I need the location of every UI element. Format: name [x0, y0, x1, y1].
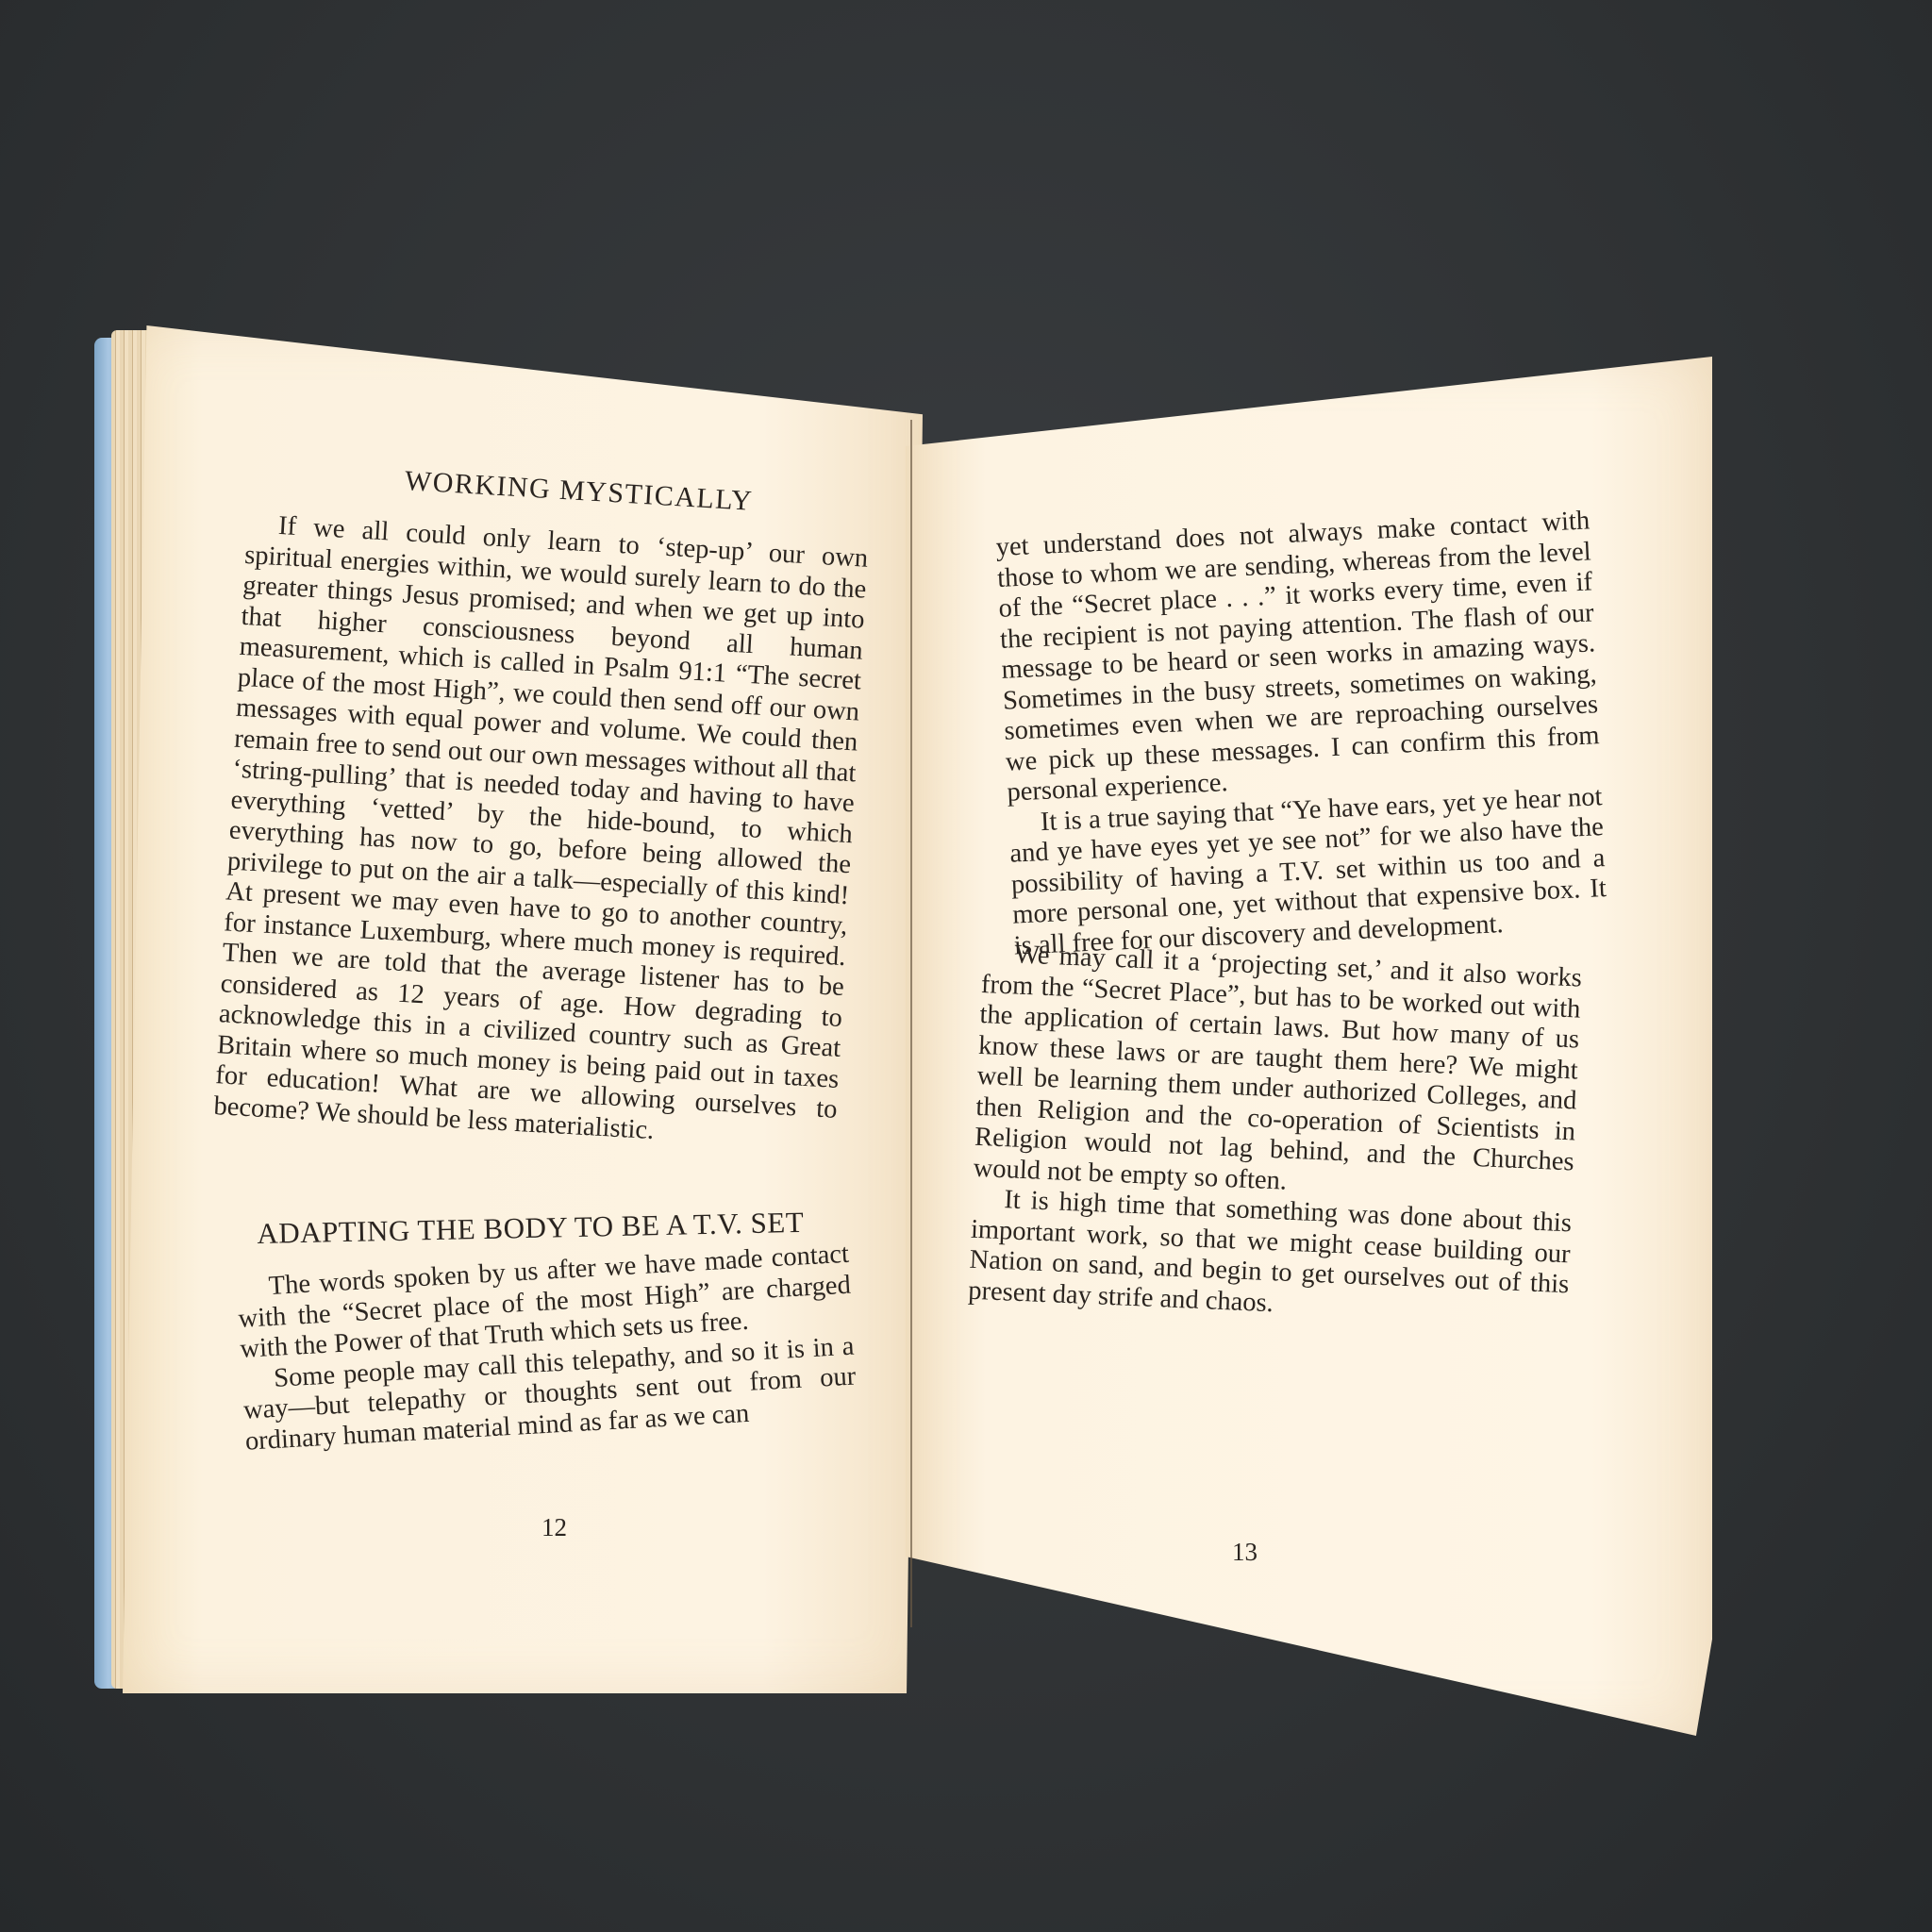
left-page-body-2: The words spoken by us after we have mad…	[236, 1240, 858, 1457]
page-number-left: 12	[541, 1513, 567, 1542]
paragraph: It is a true saying that “Ye have ears, …	[1008, 782, 1608, 962]
left-page-body: If we all could only learn to ‘step-up’ …	[213, 509, 869, 1157]
page-number-right: 13	[1232, 1538, 1257, 1567]
paragraph: We may call it a ‘projecting set,’ and i…	[973, 939, 1582, 1208]
paragraph: If we all could only learn to ‘step-up’ …	[213, 509, 869, 1157]
paragraph: yet understand does not always make cont…	[995, 506, 1602, 808]
paragraph: It is high time that something was done …	[968, 1184, 1573, 1332]
right-page-body: yet understand does not always make cont…	[995, 506, 1608, 961]
open-book: WORKING MYSTICALLY If we all could only …	[0, 0, 1932, 1932]
right-page-body-2: We may call it a ‘projecting set,’ and i…	[968, 939, 1583, 1331]
book-gutter	[910, 420, 912, 1627]
